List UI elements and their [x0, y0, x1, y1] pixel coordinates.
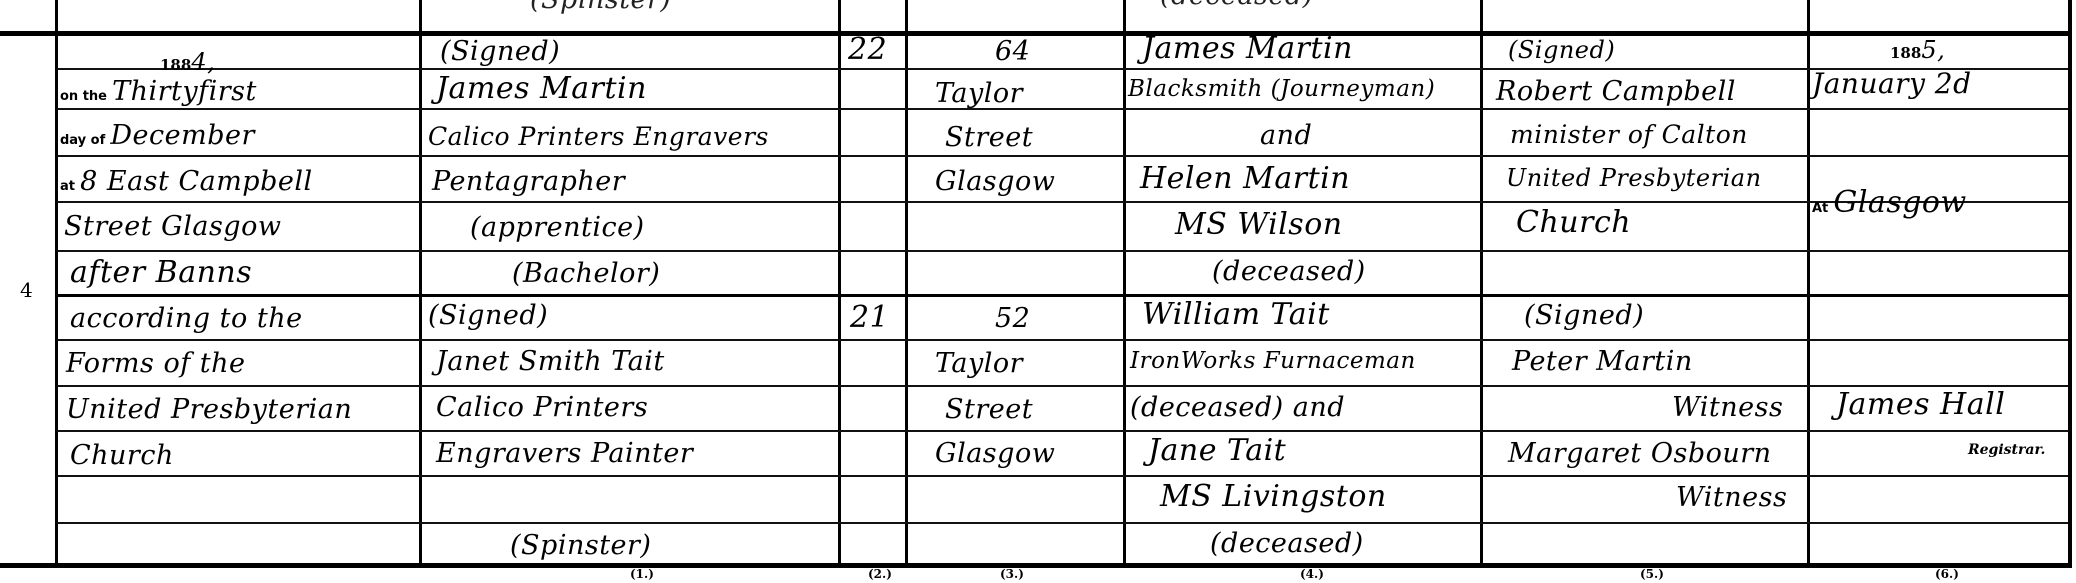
groom-mother-maiden: MS Wilson: [1175, 210, 1343, 240]
col-border-right: [2068, 0, 2072, 565]
groom-signed: (Signed): [440, 38, 560, 65]
groom-age: 22: [848, 35, 887, 65]
bride-father-status: (deceased) and: [1130, 394, 1345, 421]
row-line: [57, 430, 2068, 432]
witness1-name: Peter Martin: [1512, 348, 1693, 375]
row-line: [57, 339, 2068, 341]
groom-residence-3: Glasgow: [935, 168, 1055, 195]
bride-occupation-1: Calico Printers: [436, 394, 648, 421]
marriage-day: on the Thirtyfirst: [60, 78, 257, 105]
row-line: [57, 522, 2068, 524]
column-number-3: (3.): [1000, 567, 1024, 581]
row-line: [57, 68, 2068, 70]
witness2-label: Witness: [1676, 484, 1787, 511]
reg-at-label: At: [1812, 201, 1828, 216]
groom-occupation-3: (apprentice): [470, 214, 645, 241]
bride-mother-name: Jane Tait: [1148, 436, 1286, 466]
how-line2: according to the: [70, 305, 303, 332]
witness2-name: Margaret Osbourn: [1508, 440, 1772, 467]
col-border-age: [905, 0, 908, 565]
reg-place-value: Glasgow: [1833, 185, 1966, 220]
minister-name: Robert Campbell: [1496, 78, 1736, 105]
column-number-6: (6.): [1935, 567, 1959, 581]
bride-signed: (Signed): [428, 302, 548, 329]
bride-father-name: William Tait: [1142, 300, 1330, 330]
bride-status: (Spinster): [510, 532, 651, 559]
at-label: at: [60, 179, 75, 194]
marriage-place: at 8 East Campbell: [60, 168, 313, 195]
prev-entry-deceased: (deceased): [1160, 0, 1314, 9]
day-of-label: day of: [60, 133, 105, 148]
reg-year-handwritten: 5,: [1921, 36, 1945, 64]
marriage-register-page: (Spinster) (deceased) 4 1884, on the Thi…: [0, 0, 2076, 583]
prev-entry-spinster: (Spinster): [530, 0, 671, 13]
day-value: Thirtyfirst: [112, 76, 257, 107]
column-number-4: (4.): [1300, 567, 1324, 581]
column-number-2: (2.): [868, 567, 892, 581]
groom-residence-2: Street: [945, 124, 1033, 151]
bride-father-occupation: IronWorks Furnaceman: [1130, 350, 1416, 373]
column-number-5: (5.): [1640, 567, 1664, 581]
groom-mother-status: (deceased): [1212, 258, 1366, 285]
row-line: [57, 385, 2068, 387]
bride-occupation-2: Engravers Painter: [436, 440, 693, 467]
bride-name: Janet Smith Tait: [436, 348, 665, 375]
col-border-parents: [1480, 0, 1483, 565]
minister-line4: Church: [1516, 208, 1631, 238]
groom-residence-1: Taylor: [935, 80, 1023, 107]
col-border-minister: [1807, 0, 1810, 565]
groom-mother-name: Helen Martin: [1140, 164, 1350, 194]
registration-year: 1885,: [1890, 38, 1945, 62]
bride-residence-2: Street: [945, 396, 1033, 423]
month-value: December: [110, 120, 255, 151]
marriage-year: 1884,: [160, 50, 215, 74]
year-printed: 188: [160, 56, 191, 74]
registrar-name: James Hall: [1836, 390, 2005, 420]
row-line: [57, 155, 2068, 157]
groom-occupation-2: Pentagrapher: [432, 168, 625, 195]
col-border-index: [55, 0, 58, 565]
how-line1: after Banns: [70, 258, 252, 288]
witness1-label: Witness: [1672, 394, 1783, 421]
col-border-residence: [1123, 0, 1126, 565]
year-handwritten: 4,: [191, 48, 215, 76]
on-the-label: on the: [60, 89, 107, 104]
row-line: [57, 250, 2068, 252]
marriage-month: day of December: [60, 122, 255, 149]
groom-father-occupation: Blacksmith (Journeyman): [1128, 78, 1435, 101]
bride-residence-3: Glasgow: [935, 440, 1055, 467]
registration-date: January 2d: [1812, 70, 1972, 98]
bride-residence-1: Taylor: [935, 350, 1023, 377]
column-number-1: (1.): [630, 567, 654, 581]
row-line: [57, 201, 2068, 203]
bride-age: 21: [850, 303, 889, 333]
col-border-signatures: [838, 0, 841, 565]
groom-residence-number: 64: [995, 38, 1030, 65]
groom-father-name: James Martin: [1142, 34, 1353, 64]
place-line1: 8 East Campbell: [80, 166, 313, 197]
groom-occupation-1: Calico Printers Engravers: [428, 124, 769, 149]
groom-name: James Martin: [436, 74, 647, 104]
how-line5: Church: [70, 442, 174, 469]
place-line2: Street Glasgow: [64, 213, 281, 240]
entry-number: 4: [20, 278, 33, 302]
groom-status: (Bachelor): [512, 260, 660, 287]
bride-mother-status: (deceased): [1210, 530, 1364, 557]
minister-signed: (Signed): [1508, 38, 1615, 62]
how-line4: United Presbyterian: [66, 396, 352, 423]
minister-line2: minister of Calton: [1510, 122, 1748, 147]
entry-top-border: [0, 31, 2072, 36]
bride-residence-number: 52: [995, 305, 1030, 332]
groom-parents-and: and: [1260, 122, 1312, 149]
registration-place: At Glasgow: [1812, 188, 1967, 218]
bride-mother-maiden: MS Livingston: [1160, 482, 1387, 512]
groom-bride-divider: [57, 294, 2068, 297]
reg-year-printed: 188: [1890, 44, 1921, 62]
witnesses-signed: (Signed): [1524, 302, 1644, 329]
minister-line3: United Presbyterian: [1506, 166, 1762, 190]
row-line: [57, 475, 2068, 477]
col-border-when: [419, 0, 422, 565]
registrar-label: Registrar.: [1968, 443, 2045, 457]
row-line: [57, 108, 2068, 110]
entry-bottom-border: [0, 563, 2072, 568]
how-line3: Forms of the: [66, 350, 246, 377]
